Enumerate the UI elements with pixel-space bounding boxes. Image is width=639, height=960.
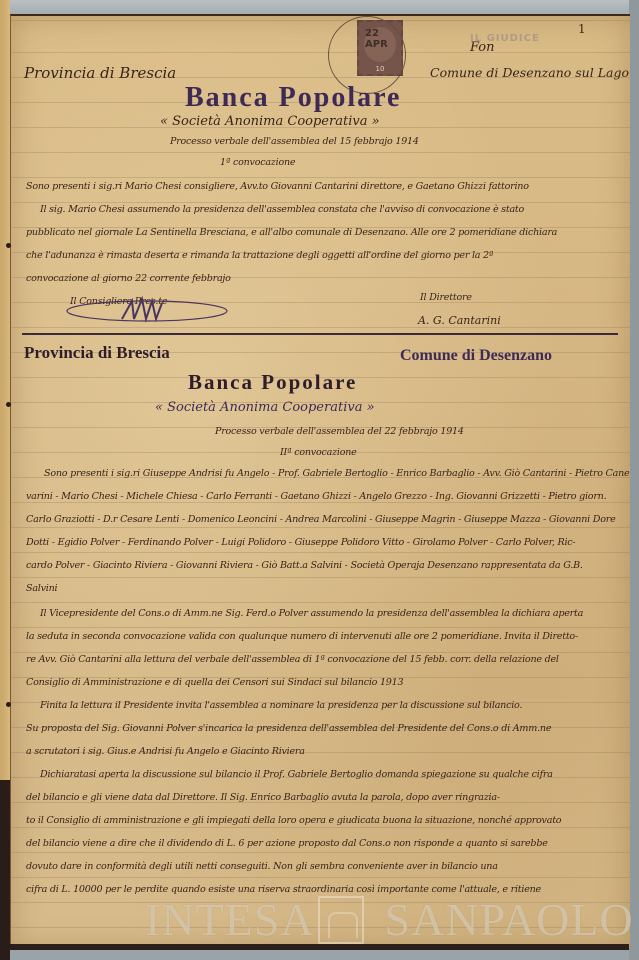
section1-line: Sono presenti i sig.ri Mario Chesi consi… [26, 181, 616, 192]
section2-commune: Comune di Desenzano [400, 347, 552, 365]
section2-line: del bilancio e gli viene data dal Dirett… [26, 792, 616, 803]
section1-commune: Comune di Desenzano sul Lago [430, 65, 629, 80]
watermark-logo-icon [318, 896, 364, 944]
section2-line: Dichiaratasi aperta la discussione sul b… [26, 769, 630, 780]
section2-line: Il Vicepresidente del Cons.o di Amm.ne S… [26, 608, 630, 619]
section2-line: Consiglio di Amministrazione e di quella… [26, 677, 616, 688]
section2-line: Sono presenti i sig.ri Giuseppe Andrisi … [26, 468, 634, 479]
section2-line: Dotti - Egidio Polver - Ferdinando Polve… [26, 537, 616, 548]
section2-line: Su proposta del Sig. Giovanni Polver s'i… [26, 723, 616, 734]
section2-province: Provincia di Brescia [24, 343, 170, 363]
section2-line: cardo Polver - Giacinto Riviera - Giovan… [26, 560, 616, 571]
section1-minutes-heading: Processo verbale dell'assemblea del 15 f… [170, 136, 419, 147]
register-page [10, 14, 630, 948]
watermark-word: SANPAOLO [385, 894, 634, 945]
signature-scribble-left [62, 293, 232, 325]
section2-subtitle: « Società Anonima Cooperativa » [155, 400, 375, 415]
section2-title: Banca Popolare [188, 370, 357, 395]
section1-convocation: 1ª convocazione [220, 157, 295, 168]
signature-right-label: Il Direttore [420, 292, 472, 303]
section2-line: varini - Mario Chesi - Michele Chiesa - … [26, 491, 616, 502]
section2-line: del bilancio viene a dire che il dividen… [26, 838, 616, 849]
book-cover-edge [0, 780, 10, 960]
section1-title: Banca Popolare [185, 82, 401, 114]
section1-line: convocazione al giorno 22 corrente febbr… [26, 273, 616, 284]
section1-line: che l'adunanza è rimasta deserta e riman… [26, 250, 616, 261]
stamp-value: 10 [359, 65, 401, 73]
binding-hole [6, 243, 11, 248]
watermark-text: INTESASANPAOLO [145, 893, 634, 946]
section2-minutes-heading: Processo verbale dell'assemblea del 22 f… [215, 426, 464, 437]
page-number: 1 [578, 22, 586, 36]
section1-line: Il sig. Mario Chesi assumendo la preside… [26, 204, 630, 215]
section-divider [22, 333, 618, 335]
section1-province: Provincia di Brescia [24, 64, 176, 82]
section2-line: a scrutatori i sig. Gius.e Andrisi fu An… [26, 746, 616, 757]
section2-line: Finita la lettura il Presidente invita l… [26, 700, 630, 711]
section2-line: to il Consiglio di amministrazione e gli… [26, 815, 616, 826]
binding-hole [6, 402, 11, 407]
section2-line: Carlo Graziotti - D.r Cesare Lenti - Dom… [26, 514, 616, 525]
section2-line: dovuto dare in conformità degli utili ne… [26, 861, 616, 872]
section1-line: pubblicato nel giornale La Sentinella Br… [26, 227, 616, 238]
ruled-lines [11, 16, 630, 948]
signature-right-name: A. G. Cantarini [418, 314, 501, 327]
watermark-word: INTESA [145, 894, 315, 945]
section2-line: Salvini [26, 583, 616, 594]
binding-hole [6, 702, 11, 707]
scan-background-top [0, 0, 639, 14]
section1-subtitle: « Società Anonima Cooperativa » [160, 114, 380, 129]
scan-background-right [629, 0, 639, 960]
revenue-stamp: 22 APR 10 [357, 20, 403, 76]
section2-line: la seduta in seconda convocazione valida… [26, 631, 616, 642]
section2-convocation: IIª convocazione [280, 447, 357, 458]
top-initials: Fon [470, 40, 495, 55]
section2-line: re Avv. Giò Cantarini alla lettura del v… [26, 654, 616, 665]
stamp-date: 22 APR [365, 28, 401, 50]
